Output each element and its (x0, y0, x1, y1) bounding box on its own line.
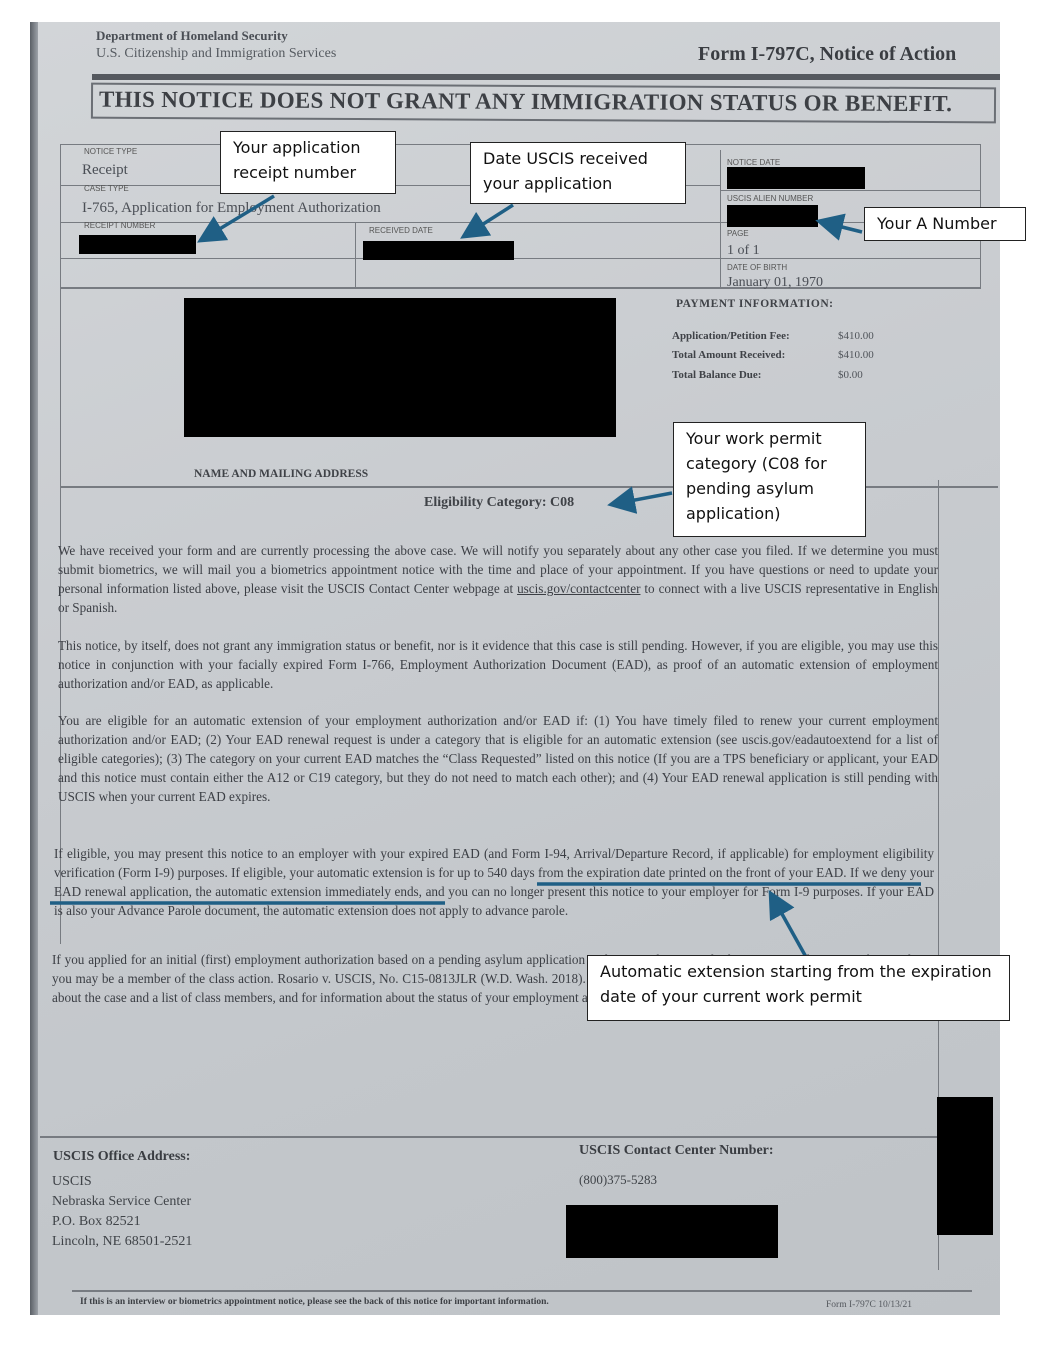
department-name: Department of Homeland Security (96, 28, 288, 44)
callout-eligibility-category: Your work permit category (C08 for pendi… (673, 422, 866, 537)
page-label: PAGE (727, 229, 749, 238)
payment-row-label: Total Balance Due: (672, 369, 761, 381)
notice-date-label: NOTICE DATE (727, 158, 780, 167)
payment-row-label: Total Amount Received: (672, 349, 785, 361)
body-paragraph-2: This notice, by itself, does not grant a… (58, 636, 938, 693)
callout-received-date: Date USCIS received your application (470, 142, 686, 204)
alien-number-label: USCIS ALIEN NUMBER (727, 194, 813, 203)
form-id: Form I-797C 10/13/21 (826, 1300, 912, 1310)
paper-edge (30, 22, 38, 1315)
contact-center-link[interactable]: uscis.gov/contactcenter (517, 581, 640, 596)
payment-title: PAYMENT INFORMATION: (676, 298, 833, 310)
notice-type-label: NOTICE TYPE (84, 147, 137, 156)
barcode-redacted (566, 1205, 778, 1258)
alien-number-redacted (727, 205, 818, 227)
header-rule (92, 74, 1000, 80)
notice-date-redacted (727, 167, 865, 189)
warning-banner: THIS NOTICE DOES NOT GRANT ANY IMMIGRATI… (91, 83, 996, 124)
callout-a-number: Your A Number (864, 207, 1026, 241)
payment-row-value: $0.00 (838, 369, 863, 381)
payment-row-value: $410.00 (838, 349, 874, 361)
office-address: USCIS Nebraska Service Center P.O. Box 8… (52, 1172, 192, 1252)
form-title: Form I-797C, Notice of Action (698, 43, 956, 66)
contact-center-number: (800)375-5283 (579, 1170, 657, 1190)
eligibility-category: Eligibility Category: C08 (424, 495, 574, 511)
side-redacted (937, 1097, 993, 1235)
body-paragraph-3: You are eligible for an automatic extens… (58, 711, 938, 806)
bottom-rule (72, 1290, 972, 1292)
dob-value: January 01, 1970 (727, 275, 823, 291)
body-paragraph-4: If eligible, you may present this notice… (54, 844, 934, 920)
payment-row-value: $410.00 (838, 330, 874, 342)
name-address-redacted (184, 298, 616, 437)
agency-name: U.S. Citizenship and Immigration Service… (96, 46, 336, 62)
body-paragraph-1: We have received your form and are curre… (58, 541, 938, 617)
receipt-number-redacted (79, 235, 196, 254)
case-type-value: I-765, Application for Employment Author… (82, 200, 381, 217)
payment-row-label: Application/Petition Fee: (672, 330, 790, 342)
callout-receipt-number: Your application receipt number (220, 131, 396, 194)
received-date-label: RECEIVED DATE (369, 226, 433, 235)
office-address-heading: USCIS Office Address: (53, 1149, 190, 1165)
address-label: NAME AND MAILING ADDRESS (194, 468, 368, 480)
case-type-label: CASE TYPE (84, 184, 129, 193)
footer-note: If this is an interview or biometrics ap… (80, 1297, 549, 1307)
warning-banner-text: THIS NOTICE DOES NOT GRANT ANY IMMIGRATI… (99, 87, 952, 117)
callout-automatic-extension: Automatic extension starting from the ex… (587, 955, 1010, 1021)
dob-label: DATE OF BIRTH (727, 263, 787, 272)
contact-center-heading: USCIS Contact Center Number: (579, 1143, 774, 1159)
notice-type-value: Receipt (82, 162, 128, 179)
page-value: 1 of 1 (727, 243, 760, 259)
receipt-number-label: RECEIPT NUMBER (84, 221, 155, 230)
footer-rule (40, 1136, 940, 1138)
received-date-redacted (363, 241, 514, 260)
